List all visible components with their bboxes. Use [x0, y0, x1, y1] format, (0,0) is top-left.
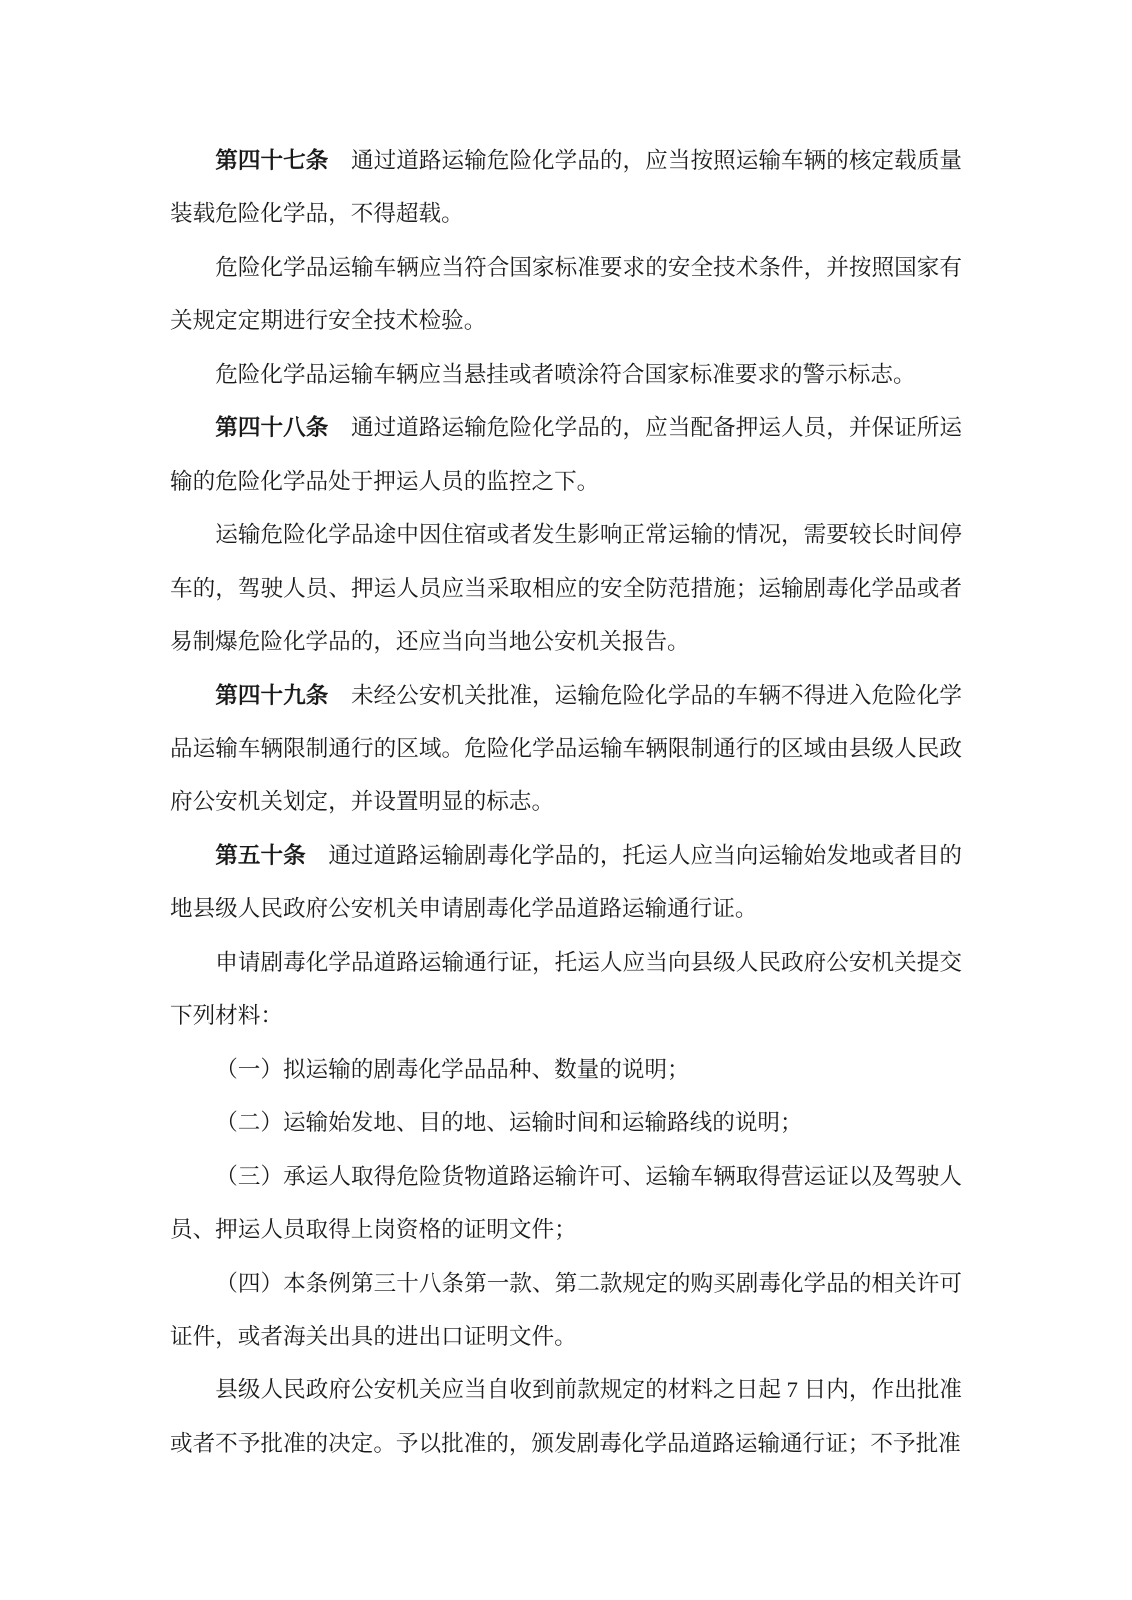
paragraph: 第四十七条通过道路运输危险化学品的，应当按照运输车辆的核定载质量装载危险化学品，… [170, 134, 962, 241]
paragraph-text: （三）承运人取得危险货物道路运输许可、运输车辆取得营运证以及驾驶人员、押运人员取… [170, 1164, 962, 1242]
paragraph: 县级人民政府公安机关应当自收到前款规定的材料之日起 7 日内，作出批准或者不予批… [170, 1363, 962, 1470]
paragraph: （三）承运人取得危险货物道路运输许可、运输车辆取得营运证以及驾驶人员、押运人员取… [170, 1150, 962, 1257]
article-number-heading: 第四十七条 [215, 148, 328, 173]
paragraph: （二）运输始发地、目的地、运输时间和运输路线的说明； [170, 1096, 962, 1149]
paragraph: 危险化学品运输车辆应当悬挂或者喷涂符合国家标准要求的警示标志。 [170, 348, 962, 401]
article-number-heading: 第五十条 [215, 843, 306, 868]
paragraph-text: （二）运输始发地、目的地、运输时间和运输路线的说明； [215, 1110, 802, 1135]
paragraph: 第四十八条通过道路运输危险化学品的，应当配备押运人员，并保证所运输的危险化学品处… [170, 401, 962, 508]
document-page: 第四十七条通过道路运输危险化学品的，应当按照运输车辆的核定载质量装载危险化学品，… [0, 0, 1132, 1600]
paragraph-text: 危险化学品运输车辆应当符合国家标准要求的安全技术条件，并按照国家有关规定定期进行… [170, 255, 962, 333]
paragraph: （一）拟运输的剧毒化学品品种、数量的说明； [170, 1043, 962, 1096]
paragraph: 危险化学品运输车辆应当符合国家标准要求的安全技术条件，并按照国家有关规定定期进行… [170, 241, 962, 348]
paragraph: 运输危险化学品途中因住宿或者发生影响正常运输的情况，需要较长时间停车的，驾驶人员… [170, 508, 962, 668]
paragraph-text: 危险化学品运输车辆应当悬挂或者喷涂符合国家标准要求的警示标志。 [215, 362, 915, 387]
paragraph: 第五十条通过道路运输剧毒化学品的，托运人应当向运输始发地或者目的地县级人民政府公… [170, 829, 962, 936]
paragraph-text: 运输危险化学品途中因住宿或者发生影响正常运输的情况，需要较长时间停车的，驾驶人员… [170, 522, 962, 654]
paragraph-text: （一）拟运输的剧毒化学品品种、数量的说明； [215, 1057, 689, 1082]
document-body: 第四十七条通过道路运输危险化学品的，应当按照运输车辆的核定载质量装载危险化学品，… [170, 134, 962, 1470]
article-number-heading: 第四十八条 [215, 415, 328, 440]
paragraph: 第四十九条未经公安机关批准，运输危险化学品的车辆不得进入危险化学品运输车辆限制通… [170, 669, 962, 829]
paragraph-text: 县级人民政府公安机关应当自收到前款规定的材料之日起 7 日内，作出批准或者不予批… [170, 1377, 962, 1455]
paragraph-text: （四）本条例第三十八条第一款、第二款规定的购买剧毒化学品的相关许可证件，或者海关… [170, 1271, 962, 1349]
paragraph: 申请剧毒化学品道路运输通行证，托运人应当向县级人民政府公安机关提交下列材料： [170, 936, 962, 1043]
article-number-heading: 第四十九条 [215, 683, 328, 708]
paragraph-text: 申请剧毒化学品道路运输通行证，托运人应当向县级人民政府公安机关提交下列材料： [170, 950, 962, 1028]
paragraph: （四）本条例第三十八条第一款、第二款规定的购买剧毒化学品的相关许可证件，或者海关… [170, 1257, 962, 1364]
